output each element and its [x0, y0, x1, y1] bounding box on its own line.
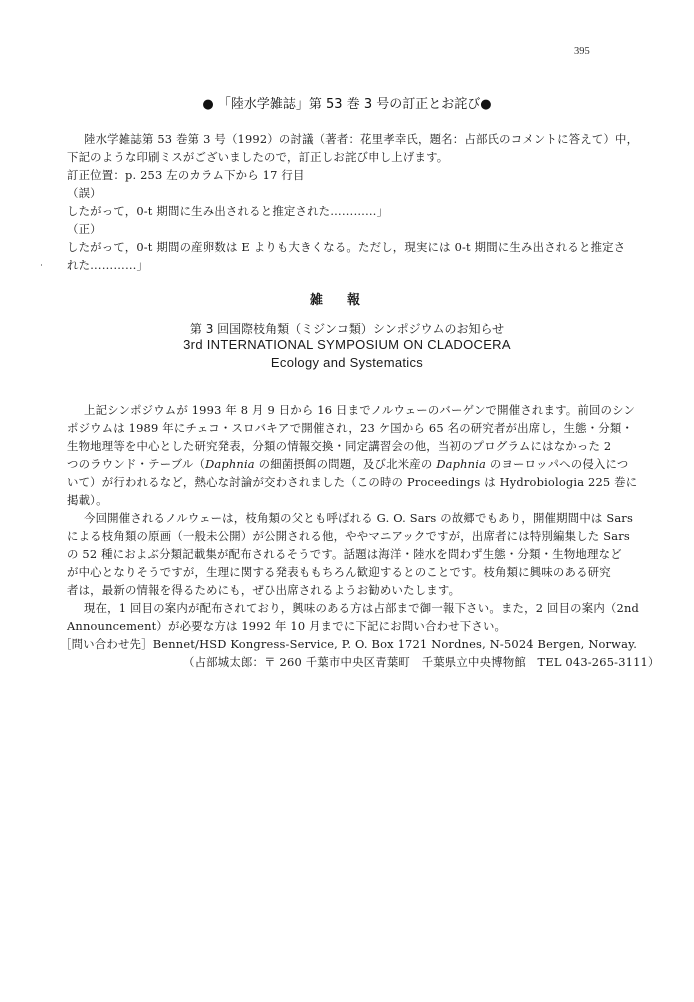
errata-correct-text: したがって，0-t 期間の産卵数は E よりも大きくなる。ただし，現実には 0-… [67, 240, 625, 254]
errata-location: 訂正位置：p. 253 左のカラム下から 17 行目 [67, 168, 305, 182]
section-title: 雑報 [0, 289, 694, 308]
paragraph-line: 上記シンポジウムが 1993 年 8 月 9 日から 16 日までノルウェーのバ… [84, 403, 635, 417]
paragraph-line: Announcement）が必要な方は 1992 年 10 月までに下記にお問い… [67, 619, 506, 633]
scan-speck [41, 264, 42, 266]
contact-label: ［問い合わせ先］ [60, 637, 153, 651]
paragraph-line: 掲載）。 [67, 493, 108, 507]
paragraph-line: つのラウンド・テーブル（Daphnia の細菌摂餌の問題，及び北米産の Daph… [67, 457, 629, 471]
paragraph-line: ポジウムは 1989 年にチェコ・スロバキアで開催され，23 ケ国から 65 名… [67, 421, 633, 435]
bullet-icon: ● [480, 97, 491, 112]
text-span: のヨーロッパへの侵入につ [486, 457, 628, 471]
errata-wrong-text: したがって，0-t 期間に生み出されると推定された…………」 [67, 204, 388, 218]
errata-wrong-label: （誤） [67, 186, 102, 200]
paragraph-line: による枝角類の原画（一般未公開）が公開される他，ややマニアックですが，出席者には… [67, 529, 630, 543]
symposium-title-jp: 第 3 回国際枝角類（ミジンコ類）シンポジウムのお知らせ [0, 320, 694, 337]
paragraph-line: 今回開催されるノルウェーは，枝角類の父とも呼ばれる G. O. Sars の故郷… [84, 511, 633, 525]
taxon-name: Daphnia [205, 457, 255, 471]
paragraph-line: の 52 種におよぶ分類記載集が配布されるそうです。話題は海洋・陸水を問わず生態… [67, 547, 622, 561]
symposium-subtitle-en: Ecology and Systematics [0, 355, 694, 370]
errata-correct-text-cont: れた…………」 [67, 258, 148, 272]
errata-title: 「陸水学雑誌」第 53 巻 3 号の訂正とお詫び [218, 97, 480, 112]
contact-address: Bennet/HSD Kongress-Service, P. O. Box 1… [153, 637, 637, 651]
text-span: つのラウンド・テーブル（ [67, 457, 205, 471]
contact-line: ［問い合わせ先］Bennet/HSD Kongress-Service, P. … [60, 637, 637, 651]
paragraph-line: が中心となりそうですが，生理に関する発表ももちろん歓迎するとのことです。枝角類に… [67, 565, 611, 579]
paragraph-line: いて）が行われるなど，熱心な討論が交わされました（この時の Proceeding… [67, 475, 637, 489]
taxon-name: Daphnia [436, 457, 486, 471]
paragraph-line: 現在，1 回目の案内が配布されており，興味のある方は占部まで御一報下さい。また，… [84, 601, 639, 615]
author-signature: （占部城太郎：〒 260 千葉市中央区青葉町 千葉県立中央博物館 TEL 043… [183, 655, 660, 669]
paragraph-line: 生物地理等を中心とした研究発表，分類の情報交換・同定講習会の他，当初のプログラム… [67, 439, 611, 453]
paragraph-line: 者は，最新の情報を得るためにも，ぜひ出席されるようお勧めいたします。 [67, 583, 460, 597]
page-number: 395 [574, 46, 590, 57]
symposium-title-en: 3rd INTERNATIONAL SYMPOSIUM ON CLADOCERA [0, 337, 694, 352]
errata-line: 下記のような印刷ミスがございましたので，訂正しお詫び申し上げます。 [67, 150, 448, 164]
text-span: の細菌摂餌の問題，及び北米産の [255, 457, 437, 471]
bullet-icon: ● [202, 97, 213, 112]
errata-correct-label: （正） [67, 222, 102, 236]
errata-line: 陸水学雑誌第 53 巻第 3 号（1992）の討議（著者：花里孝幸氏，題名：占部… [84, 132, 638, 146]
errata-heading: ● 「陸水学雑誌」第 53 巻 3 号の訂正とお詫び● [0, 93, 694, 112]
